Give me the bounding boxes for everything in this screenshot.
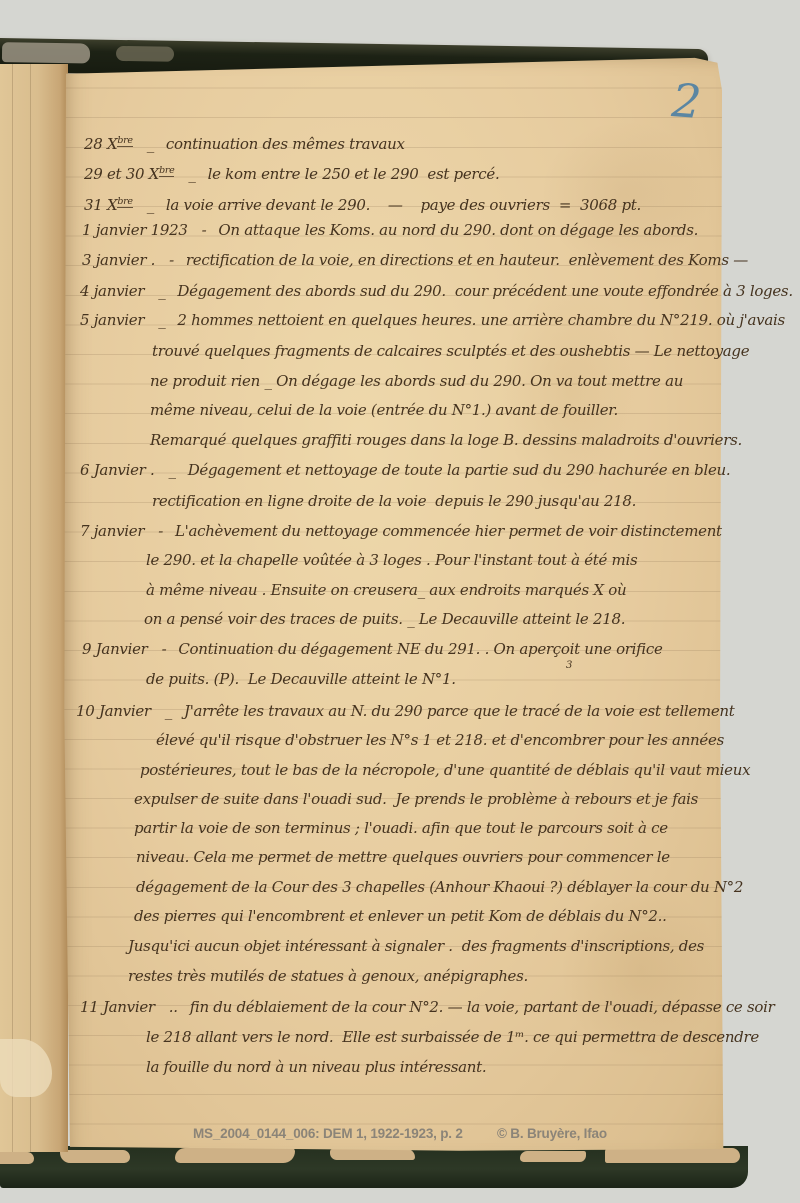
- cover-tear-patch: [60, 1150, 130, 1163]
- cover-tear-patch: [0, 1152, 34, 1164]
- entry-dash: -: [162, 639, 167, 660]
- scanned-journal-page: 2 28 Xbre _ continuation des mêmes trava…: [0, 0, 800, 1203]
- entry-text: Jusqu'ici aucun objet intéressant à sign…: [128, 936, 704, 957]
- journal-line: trouvé quelques fragments de calcaires s…: [152, 341, 749, 362]
- entry-text: la voie arrive devant le 290. — paye des…: [166, 195, 641, 216]
- entry-text: J'arrête les travaux au N. du 290 parce …: [184, 701, 735, 722]
- journal-line: postérieures, tout le bas de la nécropol…: [140, 760, 750, 781]
- journal-line: Jusqu'ici aucun objet intéressant à sign…: [128, 936, 704, 957]
- entry-dash: _: [165, 701, 172, 722]
- entry-text: le kom entre le 250 et le 290 est percé.: [208, 164, 500, 185]
- journal-line: Remarqué quelques graffiti rouges dans l…: [150, 430, 742, 451]
- journal-line: 7 janvier - L'achèvement du nettoyage co…: [80, 521, 722, 542]
- entry-text: élevé qu'il risque d'obstruer les N°s 1 …: [156, 730, 724, 751]
- entry-text: Continuation du dégagement NE du 291. . …: [178, 639, 662, 660]
- entry-text: fin du déblaiement de la cour N°2. — la …: [190, 997, 775, 1018]
- entry-dash: _: [168, 460, 175, 481]
- entry-text: dégagement de la Cour des 3 chapelles (A…: [136, 877, 743, 898]
- entry-text: expulser de suite dans l'ouadi sud. Je p…: [134, 789, 698, 810]
- entry-text: à même niveau . Ensuite on creusera_ aux…: [146, 580, 626, 601]
- journal-line: de puits. (P). Le Decauville atteint le …: [146, 669, 456, 690]
- journal-line: expulser de suite dans l'ouadi sud. Je p…: [134, 789, 698, 810]
- entry-dash: -: [158, 521, 163, 542]
- entry-date: 31 Xbre: [84, 191, 133, 216]
- journal-line: 28 Xbre _ continuation des mêmes travaux: [84, 130, 405, 155]
- entry-text: ne produit rien _ On dégage les abords s…: [150, 371, 683, 392]
- entry-dash: -: [202, 220, 207, 241]
- journal-line: niveau. Cela me permet de mettre quelque…: [136, 847, 670, 868]
- journal-line: le 218 allant vers le nord. Elle est sur…: [146, 1027, 759, 1048]
- entry-text: rectification en ligne droite de la voie…: [152, 491, 636, 512]
- entry-text: On attaque les Koms. au nord du 290. don…: [218, 220, 698, 241]
- entry-text: trouvé quelques fragments de calcaires s…: [152, 341, 749, 362]
- entry-text: le 218 allant vers le nord. Elle est sur…: [146, 1027, 759, 1048]
- entry-date: 10 Janvier: [76, 701, 151, 722]
- journal-line: restes très mutilés de statues à genoux,…: [128, 966, 528, 987]
- entry-text: même niveau, celui de la voie (entrée du…: [150, 400, 618, 421]
- entry-date: 4 janvier: [80, 281, 144, 302]
- journal-line: ne produit rien _ On dégage les abords s…: [150, 371, 683, 392]
- cover-worn-patch: [2, 42, 90, 63]
- entry-dash: _: [147, 195, 154, 216]
- journal-line: 1 janvier 1923 - On attaque les Koms. au…: [82, 220, 698, 241]
- entry-text: L'achèvement du nettoyage commencée hier…: [175, 521, 722, 542]
- entry-text: niveau. Cela me permet de mettre quelque…: [136, 847, 670, 868]
- entry-dash: _: [158, 281, 165, 302]
- page-number: 2: [670, 73, 703, 129]
- cover-tear-patch: [605, 1148, 740, 1163]
- journal-line: élevé qu'il risque d'obstruer les N°s 1 …: [156, 730, 724, 751]
- entry-date: 5 janvier: [80, 310, 144, 331]
- entry-text: de puits. (P). Le Decauville atteint le …: [146, 669, 456, 690]
- entry-date: 9 Janvier: [82, 639, 148, 660]
- facing-page-edge: [0, 64, 68, 1152]
- entry-text: rectification de la voie, en directions …: [186, 250, 748, 271]
- entry-date: 3 janvier .: [82, 250, 155, 271]
- correction-mark: 3: [566, 660, 572, 671]
- entry-date: 28 Xbre: [84, 130, 133, 155]
- journal-line: le 290. et la chapelle voûtée à 3 loges …: [146, 550, 637, 571]
- cover-tear-patch: [330, 1149, 415, 1160]
- journal-line: 3 janvier . - rectification de la voie, …: [82, 250, 748, 271]
- journal-line: même niveau, celui de la voie (entrée du…: [150, 400, 618, 421]
- journal-line: 11 Janvier .. fin du déblaiement de la c…: [80, 997, 774, 1018]
- journal-line: 4 janvier _ Dégagement des abords sud du…: [80, 281, 793, 302]
- page-crease: [12, 64, 13, 1152]
- copyright-credit: © B. Bruyère, Ifao: [497, 1126, 607, 1141]
- entry-date: 1 janvier 1923: [82, 220, 188, 241]
- entry-date: 7 janvier: [80, 521, 144, 542]
- entry-text: postérieures, tout le bas de la nécropol…: [140, 760, 750, 781]
- entry-text: 2 hommes nettoient en quelques heures. u…: [177, 310, 784, 331]
- journal-line: on a pensé voir des traces de puits. _ L…: [144, 609, 625, 630]
- journal-line: des pierres qui l'encombrent et enlever …: [134, 906, 667, 927]
- entry-text: partir la voie de son terminus ; l'ouadi…: [134, 818, 668, 839]
- entry-dash: _: [147, 134, 154, 155]
- entry-text: la fouille du nord à un niveau plus inté…: [146, 1057, 486, 1078]
- catalog-reference: MS_2004_0144_006: DEM 1, 1922-1923, p. 2: [193, 1126, 463, 1141]
- entry-text: continuation des mêmes travaux: [166, 134, 405, 155]
- entry-text: des pierres qui l'encombrent et enlever …: [134, 906, 667, 927]
- journal-line: 9 Janvier - Continuation du dégagement N…: [82, 639, 663, 660]
- journal-line: rectification en ligne droite de la voie…: [152, 491, 636, 512]
- journal-line: 10 Janvier _ J'arrête les travaux au N. …: [76, 701, 735, 722]
- cover-tear-patch: [520, 1151, 586, 1162]
- cover-worn-patch: [116, 46, 174, 62]
- page-crease: [30, 64, 31, 1152]
- entry-text: Dégagement et nettoyage de toute la part…: [188, 460, 731, 481]
- entry-text: on a pensé voir des traces de puits. _ L…: [144, 609, 625, 630]
- entry-date: 6 Janvier .: [80, 460, 154, 481]
- entry-text: Remarqué quelques graffiti rouges dans l…: [150, 430, 742, 451]
- entry-date: 29 et 30 Xbre: [84, 160, 174, 185]
- journal-line: 31 Xbre _ la voie arrive devant le 290. …: [84, 191, 641, 216]
- journal-line: dégagement de la Cour des 3 chapelles (A…: [136, 877, 743, 898]
- paper-tear: [0, 1039, 52, 1097]
- cover-tear-patch: [175, 1148, 295, 1163]
- journal-line: 6 Janvier . _ Dégagement et nettoyage de…: [80, 460, 730, 481]
- journal-line: la fouille du nord à un niveau plus inté…: [146, 1057, 486, 1078]
- entry-date: 11 Janvier: [80, 997, 155, 1018]
- entry-dash: ..: [169, 997, 178, 1018]
- entry-dash: _: [188, 164, 195, 185]
- entry-text: Dégagement des abords sud du 290. cour p…: [177, 281, 792, 302]
- entry-text: restes très mutilés de statues à genoux,…: [128, 966, 528, 987]
- journal-line: 5 janvier _ 2 hommes nettoient en quelqu…: [80, 310, 785, 331]
- entry-dash: -: [169, 250, 174, 271]
- entry-dash: _: [158, 310, 165, 331]
- entry-text: le 290. et la chapelle voûtée à 3 loges …: [146, 550, 637, 571]
- journal-line: partir la voie de son terminus ; l'ouadi…: [134, 818, 668, 839]
- journal-line: 29 et 30 Xbre _ le kom entre le 250 et l…: [84, 160, 499, 185]
- journal-line: à même niveau . Ensuite on creusera_ aux…: [146, 580, 626, 601]
